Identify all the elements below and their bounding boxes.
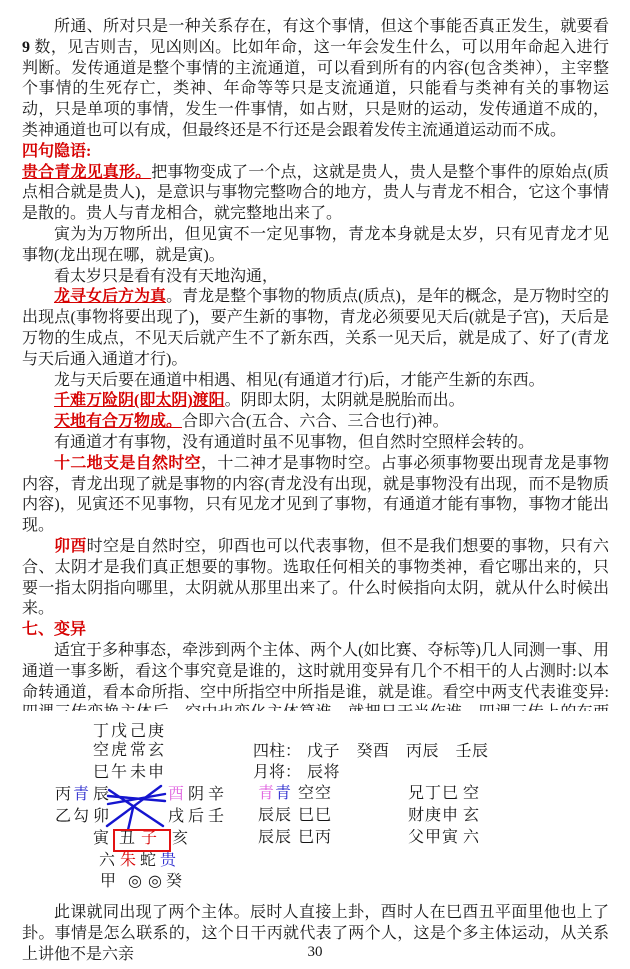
- text-segment: 龙寻女后方为真: [54, 288, 166, 305]
- section-heading-bianyi: 七、变异: [22, 620, 609, 641]
- text-segment: 天地有合万物成。: [54, 413, 182, 430]
- chart-cell: 兄: [408, 786, 424, 802]
- chart-cell: 财: [408, 808, 424, 824]
- text-segment: 。阴即太阴，太阴就是脱胎而出。: [225, 392, 465, 409]
- text-segment: 9: [22, 39, 30, 56]
- chart-cell: 寅: [442, 830, 458, 846]
- paragraph-qiannan: 千难万险阴(即太阴)渡阳。阴即太阴，太阴就是脱胎而出。: [22, 391, 609, 412]
- paragraph-tongdao: 有通道才有事物，没有通道时虽不见事物，但自然时空照样会转的。: [22, 433, 609, 454]
- text-segment: 合即六合(五合、六合、三合也行)神。: [182, 413, 449, 430]
- text-segment: 看太岁只是看有没有天地沟通，: [54, 268, 278, 285]
- paragraph-longtianhou: 龙与天后要在通道中相遇、相见(有通道才行)后，才能产生新的东西。: [22, 371, 609, 392]
- chart-cell: 巳: [442, 786, 458, 802]
- chart-cell: 申: [442, 808, 458, 824]
- text-segment: 寅为为万物所出，但见寅不一定见事物，青龙本身就是太岁，只有见青龙才见事物(龙出现…: [22, 226, 609, 264]
- page-number: 30: [0, 944, 630, 961]
- paragraph-longxun: 龙寻女后方为真。青龙是整个事物的物质点(质点)，是年的概念，是万物时空的出现点(…: [22, 287, 609, 370]
- text-segment: 数，见吉则吉，见凶则凶。比如年命，这一年会发生什么，可以用年命起入进行判断。发传…: [22, 39, 609, 139]
- text-segment: 七、变异: [22, 621, 86, 638]
- chart-cell: 空: [463, 786, 479, 802]
- body-text: 所通、所对只是一种关系存在，有这个事情，但这个事能否真正发生，就要看 9 数，见…: [22, 17, 609, 711]
- text-segment: 龙与天后要在通道中相遇、相见(有通道才行)后，才能产生新的东西。: [54, 372, 545, 389]
- paragraph-maoyou: 卯酉时空是自然时空，卯酉也可以代表事物，但不是我们想要的事物，只有六合、太阴才是…: [22, 537, 609, 620]
- paragraph-taisui: 看太岁只是看有没有天地沟通，: [22, 267, 609, 288]
- text-segment: 所通、所对只是一种关系存在，有这个事情，但这个事能否真正发生，就要看: [54, 18, 609, 35]
- text-segment: 卯酉: [54, 538, 87, 555]
- paragraph-guihe-qinglong: 贵合青龙见真形。把事物变成了一个点，这就是贵人，贵人是整个事件的原始点(质点相合…: [22, 163, 609, 225]
- text-segment: 贵合青龙见真形。: [22, 164, 151, 181]
- text-segment: 四句隐语:: [22, 143, 91, 160]
- text-segment: 有通道才有事物，没有通道时虽不见事物，但自然时空照样会转的。: [54, 434, 534, 451]
- text-segment: 十二地支是自然时空: [54, 455, 201, 472]
- chart-cell: 父: [408, 830, 424, 846]
- text-segment: 适宜于多种事态，牵涉到两个主体、两个人(如比赛、夺标等)几人同测一事、用通道一事…: [22, 642, 609, 711]
- text-segment: 千难万险阴(即太阴)渡阳: [54, 392, 225, 409]
- chart-cell: 六: [463, 830, 479, 846]
- chart-cell: 甲: [425, 830, 441, 846]
- chart-cell: 丁: [425, 786, 441, 802]
- three-transmissions-table: 兄丁巳空财庚申玄父甲寅六: [0, 716, 630, 902]
- paragraph-intro: 所通、所对只是一种关系存在，有这个事情，但这个事能否真正发生，就要看 9 数，见…: [22, 17, 609, 142]
- chart-cell: 玄: [463, 808, 479, 824]
- document-page: 所通、所对只是一种关系存在，有这个事情，但这个事能否真正发生，就要看 9 数，见…: [0, 0, 630, 969]
- paragraph-yin: 寅为为万物所出，但见寅不一定见事物，青龙本身就是太岁，只有见青龙才见事物(龙出现…: [22, 225, 609, 267]
- paragraph-tiandi: 天地有合万物成。合即六合(五合、六合、三合也行)神。: [22, 412, 609, 433]
- chart-cell: 庚: [425, 808, 441, 824]
- paragraph-bianyi: 适宜于多种事态，牵涉到两个主体、两个人(如比赛、夺标等)几人同测一事、用通道一事…: [22, 641, 609, 711]
- text-segment: 时空是自然时空，卯酉也可以代表事物，但不是我们想要的事物，只有六合、太阴才是我们…: [22, 538, 609, 617]
- liuren-chart: 丁戊己庚空虎常玄巳午未申丙青辰酉阴辛乙勾卯戌后壬寅丑子亥六朱蛇贵甲◎◎癸 四柱：…: [0, 716, 630, 902]
- section-heading-four-phrases: 四句隐语:: [22, 142, 609, 163]
- paragraph-dizhi: 十二地支是自然时空，十二神才是事物时空。占事必须事物要出现青龙是事物内容，青龙出…: [22, 454, 609, 537]
